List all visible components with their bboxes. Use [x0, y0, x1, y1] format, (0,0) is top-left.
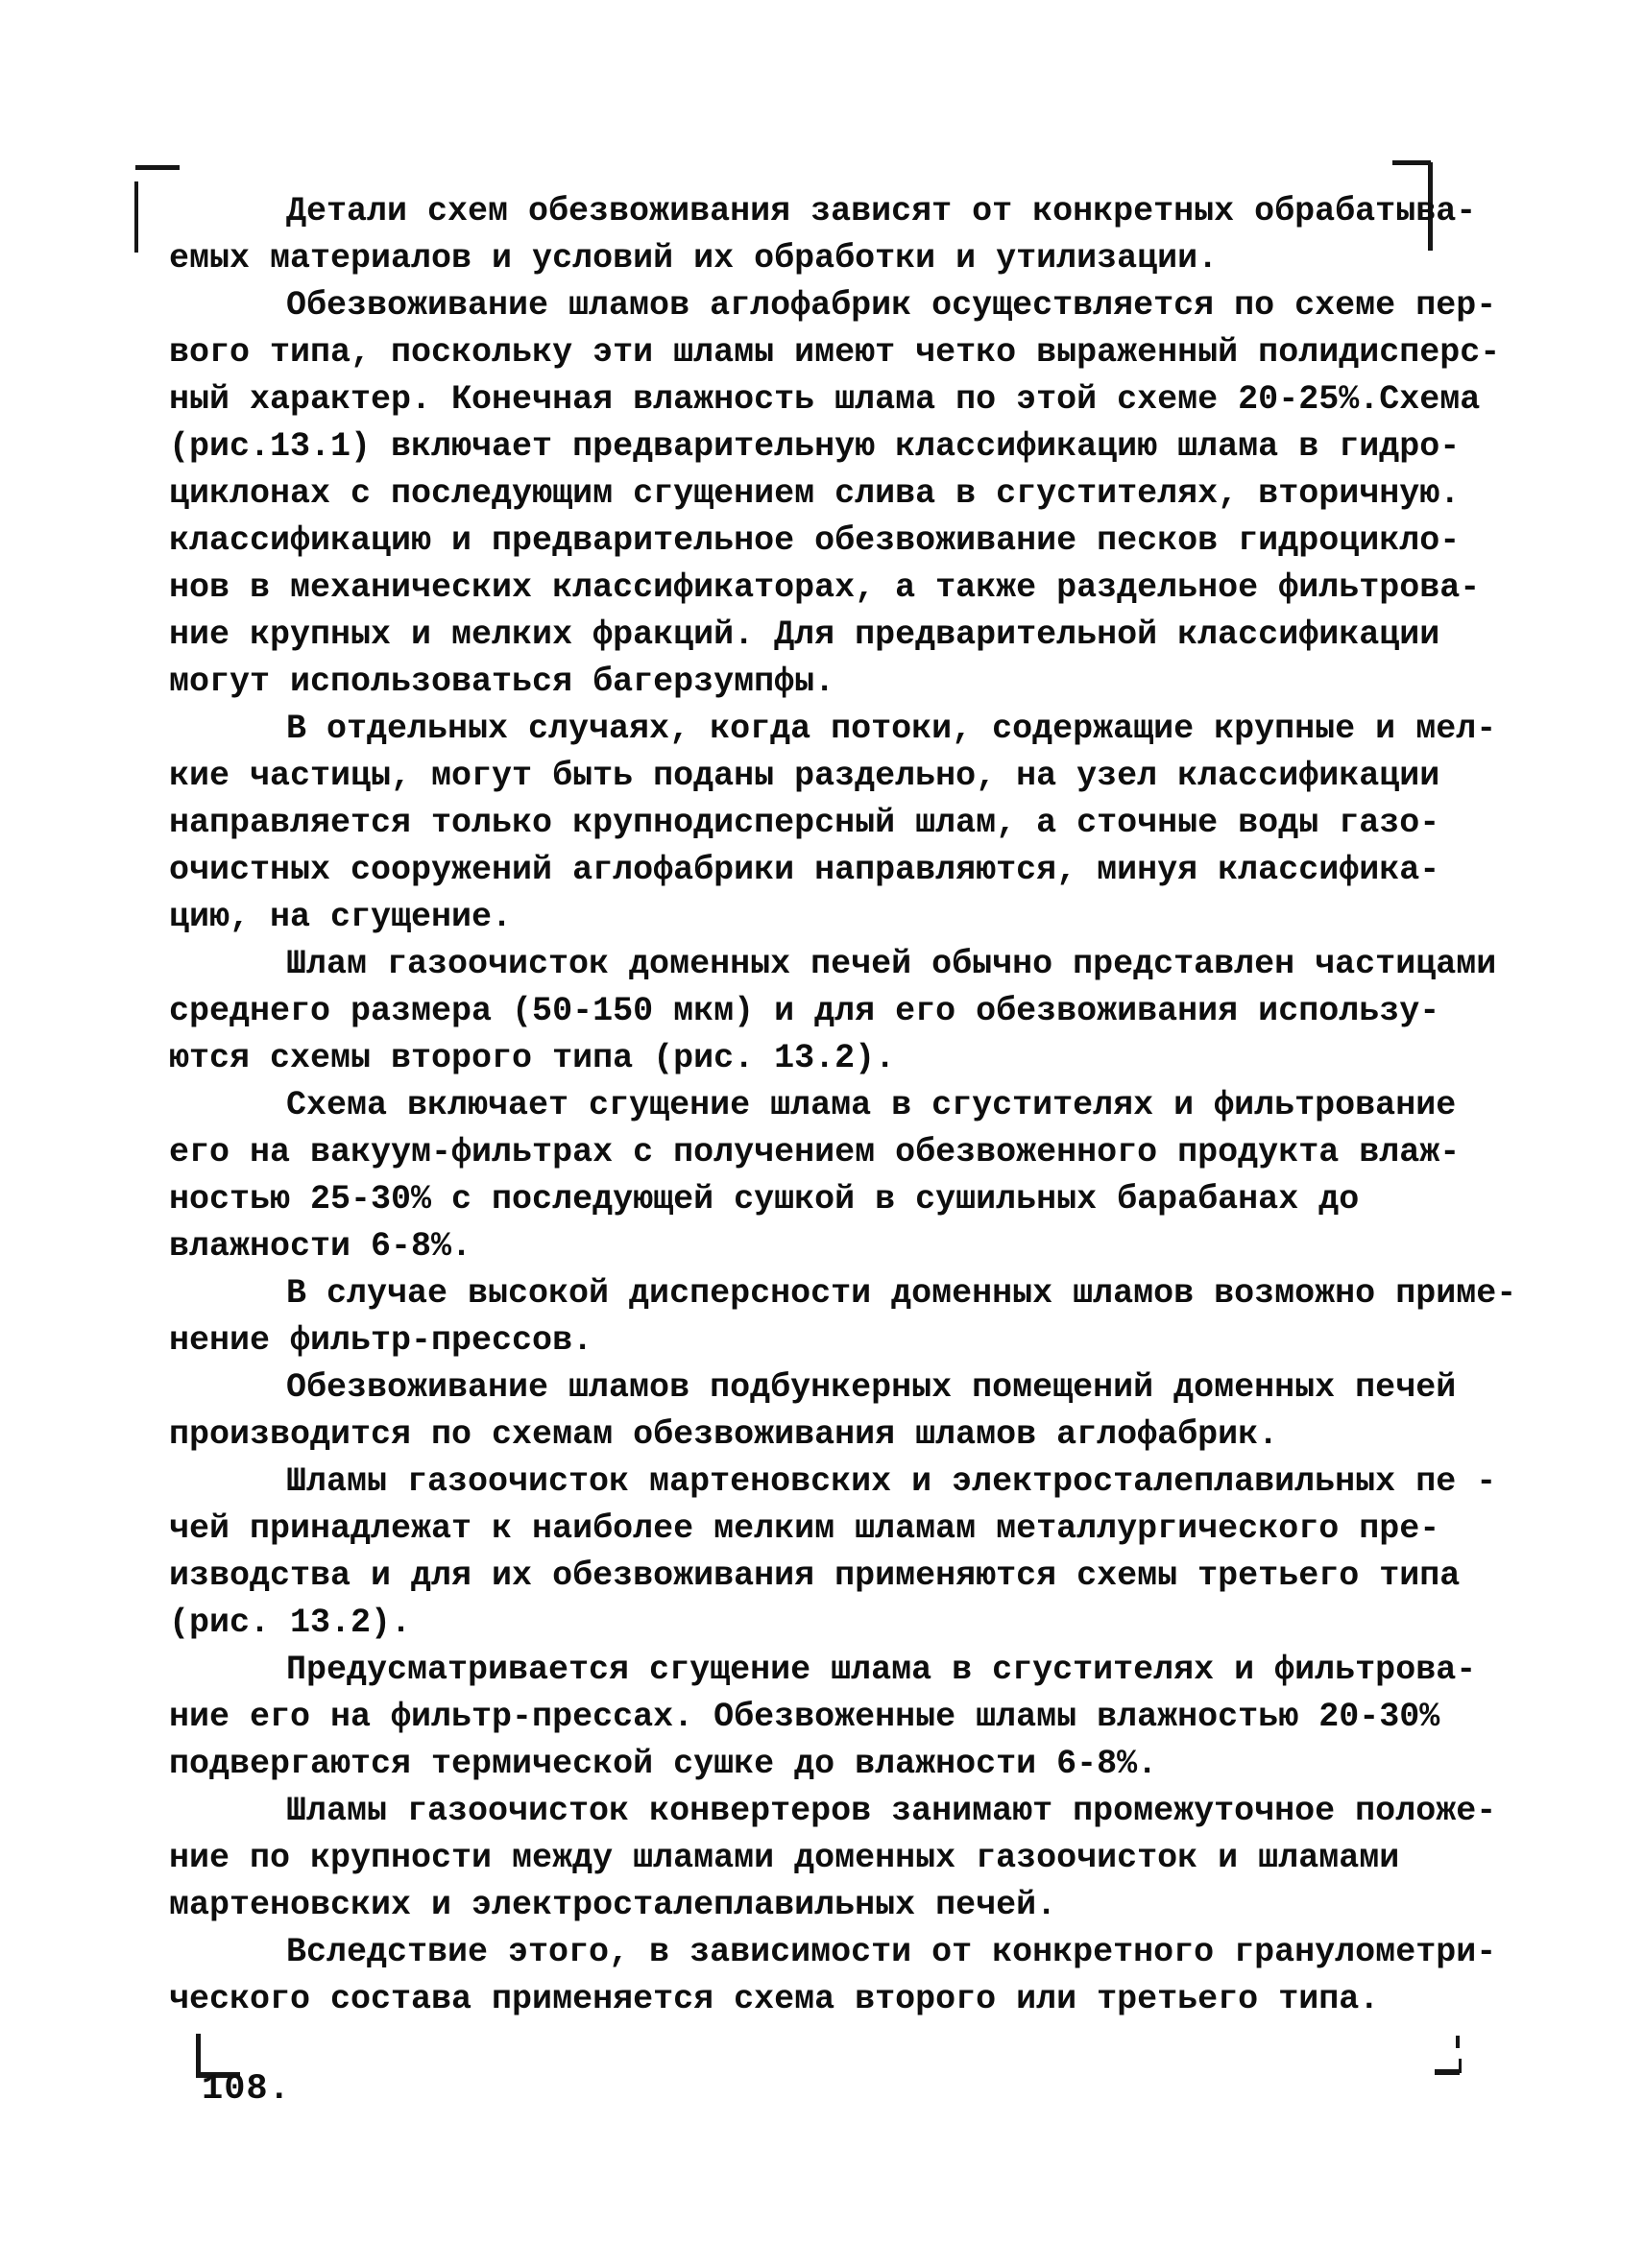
text-line: Схема включает сгущение шлама в сгустите… [169, 1082, 1542, 1129]
text-line: циклонах с последующим сгущением слива в… [169, 470, 1542, 518]
text-line: Детали схем обезвоживания зависят от кон… [169, 188, 1542, 235]
text-line: направляется только крупнодисперсный шла… [169, 800, 1542, 847]
text-line: Обезвоживание шламов подбункерных помеще… [169, 1364, 1542, 1411]
crop-mark-bottom-right-dash [1435, 2069, 1460, 2075]
text-line: ние по крупности между шламами доменных … [169, 1835, 1542, 1882]
text-line: очистных сооружений аглофабрики направля… [169, 847, 1542, 894]
crop-mark-bottom-right-tick [1456, 2036, 1460, 2048]
text-line: емых материалов и условий их обработки и… [169, 235, 1542, 282]
text-line: ческого состава применяется схема второг… [169, 1976, 1542, 2023]
text-line: Обезвоживание шламов аглофабрик осуществ… [169, 282, 1542, 329]
text-line: ние крупных и мелких фракций. Для предва… [169, 612, 1542, 659]
crop-mark-top-right-dash [1392, 160, 1431, 165]
text-line: (рис.13.1) включает предварительную клас… [169, 423, 1542, 470]
text-line: Шламы газоочисток конвертеров занимают п… [169, 1788, 1542, 1835]
text-line: Вследствие этого, в зависимости от конкр… [169, 1929, 1542, 1976]
text-line: Предусматривается сгущение шлама в сгуст… [169, 1647, 1542, 1694]
text-line: чей принадлежат к наиболее мелким шламам… [169, 1506, 1542, 1553]
text-line: классификацию и предварительное обезвожи… [169, 518, 1542, 565]
text-line: могут использоваться багерзумпфы. [169, 659, 1542, 706]
text-line: ностью 25-30% с последующей сушкой в суш… [169, 1176, 1542, 1223]
text-line: ются схемы второго типа (рис. 13.2). [169, 1035, 1542, 1082]
text-line: (рис. 13.2). [169, 1600, 1542, 1647]
text-line: Шламы газоочисток мартеновских и электро… [169, 1459, 1542, 1506]
text-line: ный характер. Конечная влажность шлама п… [169, 376, 1542, 423]
text-line: среднего размера (50-150 мкм) и для его … [169, 988, 1542, 1035]
text-line: Шлам газоочисток доменных печей обычно п… [169, 941, 1542, 988]
crop-mark-top-left-dash [135, 165, 180, 170]
text-line: мартеновских и электросталеплавильных пе… [169, 1882, 1542, 1929]
text-line: ние его на фильтр-прессах. Обезвоженные … [169, 1694, 1542, 1741]
text-line: цию, на сгущение. [169, 894, 1542, 941]
page-number: 108. [202, 2070, 291, 2109]
text-line: В отдельных случаях, когда потоки, содер… [169, 706, 1542, 753]
text-line: влажности 6-8%. [169, 1223, 1542, 1270]
text-line: изводства и для их обезвоживания применя… [169, 1553, 1542, 1600]
text-line: вого типа, поскольку эти шламы имеют чет… [169, 329, 1542, 376]
text-line: кие частицы, могут быть поданы раздельно… [169, 753, 1542, 800]
text-line: производится по схемам обезвоживания шла… [169, 1411, 1542, 1459]
text-line: нов в механических классификаторах, а та… [169, 565, 1542, 612]
document-page: Детали схем обезвоживания зависят от кон… [0, 0, 1644, 2268]
text-line: подвергаются термической сушке до влажно… [169, 1741, 1542, 1788]
text-line: нение фильтр-прессов. [169, 1317, 1542, 1364]
text-line: его на вакуум-фильтрах с получением обез… [169, 1129, 1542, 1176]
text-line: В случае высокой дисперсности доменных ш… [169, 1270, 1542, 1317]
crop-mark-top-left-bar [134, 181, 138, 253]
text-block: Детали схем обезвоживания зависят от кон… [169, 188, 1542, 2023]
